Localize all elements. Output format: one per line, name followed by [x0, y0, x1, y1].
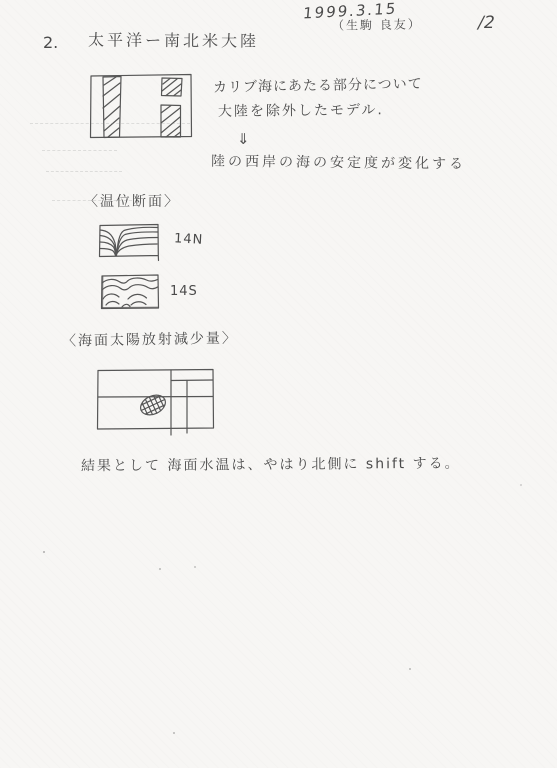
- north-continent-hatch: [162, 78, 183, 96]
- radiation-anomaly-ellipse: [137, 391, 168, 418]
- continent-model-diagram: [85, 70, 200, 145]
- page-number: /2: [476, 14, 497, 33]
- scan-artifact-line: [42, 150, 117, 151]
- coastline-lines: [171, 370, 213, 435]
- label-14n: 14N: [174, 232, 204, 248]
- note-line-3: 陸の西岸の海の安定度が変化する: [211, 155, 466, 173]
- isotherm-contours-14n: [100, 227, 158, 255]
- scan-artifact-line: [30, 123, 190, 124]
- cross-section-14s-diagram: [97, 271, 167, 315]
- solar-radiation-map-diagram: [93, 365, 218, 440]
- cross-section-14n-diagram: [95, 220, 165, 264]
- left-continent-hatch: [103, 77, 121, 138]
- isotherm-contours-14s: [102, 278, 158, 307]
- scan-speck-dots: [43, 551, 45, 553]
- down-arrow-icon: ⇓: [237, 131, 250, 148]
- section-box-14n: [100, 225, 159, 261]
- label-14s: 14S: [170, 285, 198, 299]
- page-title: 太平洋ー南北米大陸: [88, 31, 259, 50]
- scan-artifact-line: [52, 200, 132, 201]
- south-continent-hatch: [161, 105, 181, 137]
- heading-number: 2.: [43, 34, 58, 52]
- note-line-1: カリブ海にあたる部分について: [213, 77, 423, 96]
- section-label-solar-radiation: 〈海面太陽放射減少量〉: [62, 331, 238, 349]
- conclusion-text: 結果として 海面水温は、やはり北側に shift する。: [81, 457, 461, 475]
- equator-line: [98, 397, 213, 398]
- section-label-potential-temp: 〈温位断面〉: [84, 195, 180, 210]
- scan-artifact-line: [46, 171, 122, 172]
- scanned-note-page: 1999.3.15 （生駒 良友） /2 2. 太平洋ー南北米大陸: [0, 0, 557, 768]
- note-line-2: 大陸を除外したモデル.: [218, 103, 384, 120]
- author-name: （生駒 良友）: [332, 18, 422, 33]
